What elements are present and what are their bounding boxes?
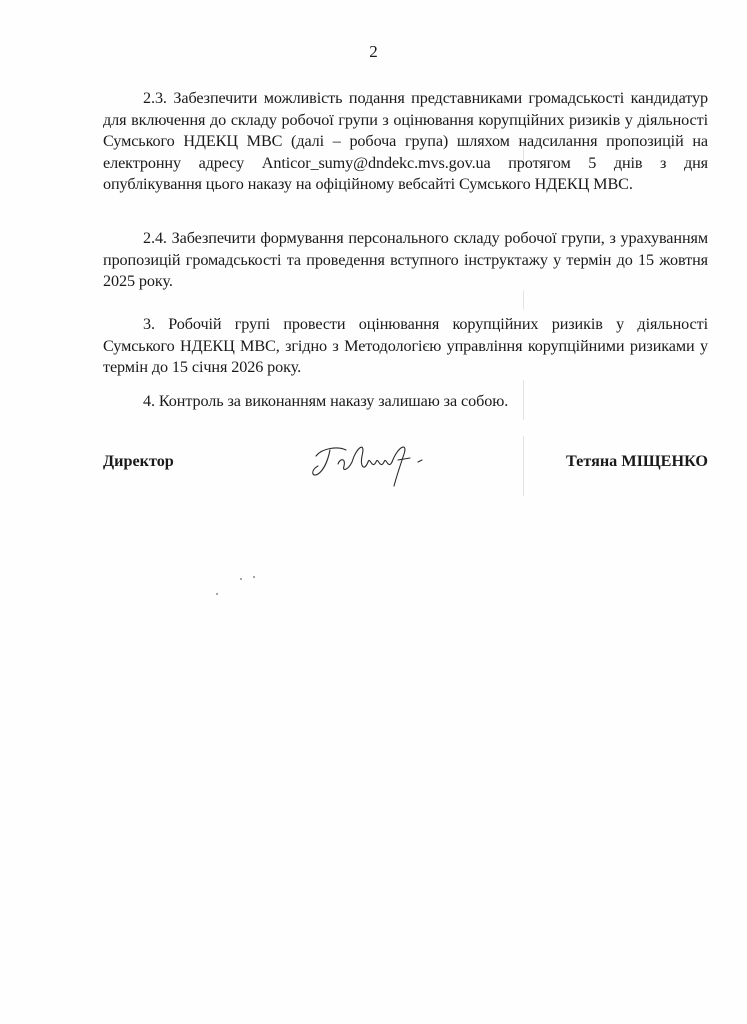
position-title: Директор	[103, 452, 174, 471]
scan-artifact	[240, 578, 242, 580]
paragraph-3: 3. Робочій групі провести оцінювання кор…	[103, 314, 708, 379]
scan-artifact	[253, 576, 255, 578]
scan-artifact	[216, 593, 218, 595]
signature-block: Директор Тетяна МІЩЕНКО	[103, 448, 708, 488]
document-page: 2 2.3. Забезпечити можливість подання пр…	[0, 0, 747, 1024]
paragraph-4: 4. Контроль за виконанням наказу залишаю…	[103, 391, 708, 413]
signer-name: Тетяна МІЩЕНКО	[566, 452, 708, 471]
signature-icon	[308, 436, 438, 492]
paragraph-2-3: 2.3. Забезпечити можливість подання пред…	[103, 88, 708, 196]
page-number: 2	[0, 42, 747, 62]
paragraph-2-4: 2.4. Забезпечити формування персональног…	[103, 228, 708, 293]
scan-artifact	[523, 290, 524, 310]
